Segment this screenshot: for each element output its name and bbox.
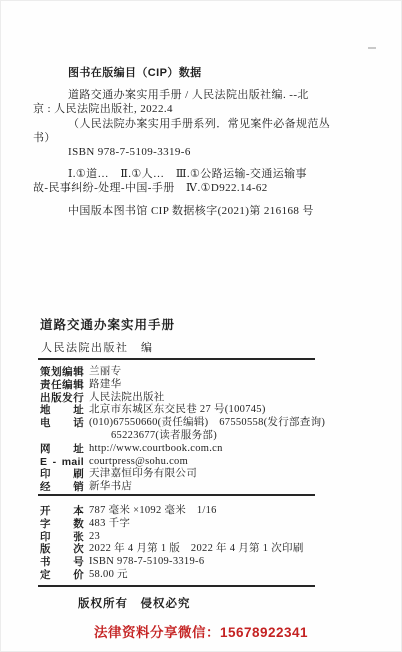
pub-row-printer: 印刷 天津嘉恒印务有限公司 bbox=[40, 468, 325, 481]
print-label: 版次 bbox=[40, 543, 84, 556]
cip-classification-line: Ⅰ.①道… Ⅱ.①人… Ⅲ.①公路运输-交通运输事 bbox=[33, 167, 363, 181]
pub-row-responsible-editor: 责任编辑 路建华 bbox=[40, 379, 325, 392]
cip-isbn-line: ISBN 978-7-5109-3319-6 bbox=[33, 145, 363, 159]
pub-label: 网址 bbox=[40, 443, 84, 456]
print-value: 483 千字 bbox=[89, 518, 130, 531]
print-label: 定价 bbox=[40, 569, 84, 582]
pub-label: 经销 bbox=[40, 481, 84, 494]
pub-row-phone: 电话 (010)67550660(责任编辑) 67550558(发行部查询) bbox=[40, 417, 325, 430]
pub-value: 新华书店 bbox=[89, 481, 132, 494]
pub-value: 兰丽专 bbox=[89, 366, 121, 379]
print-row-sheets: 印张 23 bbox=[40, 531, 304, 544]
scan-artifact bbox=[368, 47, 376, 49]
pub-label: 策划编辑 bbox=[40, 366, 84, 379]
cip-registry-line: 中国版本图书馆 CIP 数据核字(2021)第 216168 号 bbox=[33, 204, 363, 218]
pub-value: 北京市东城区东交民巷 27 号(100745) bbox=[89, 404, 266, 417]
divider-rule bbox=[38, 585, 315, 587]
pub-value: (010)67550660(责任编辑) 67550558(发行部查询) bbox=[89, 417, 325, 430]
pub-value: courtpress@sohu.com bbox=[89, 456, 188, 469]
pub-row-distributor: 经销 新华书店 bbox=[40, 481, 325, 494]
pub-label: 印刷 bbox=[40, 468, 84, 481]
copyright-page: 图书在版编目（CIP）数据 道路交通办案实用手册 / 人民法院出版社编. --北… bbox=[0, 0, 402, 652]
copyright-notice: 版权所有 侵权必究 bbox=[78, 595, 191, 611]
cip-line: （人民法院办案实用手册系列．常见案件必备规范丛 bbox=[33, 117, 363, 131]
print-row-word-count: 字数 483 千字 bbox=[40, 518, 304, 531]
publisher-info: 策划编辑 兰丽专 责任编辑 路建华 出版发行 人民法院出版社 地址 北京市东城区… bbox=[40, 366, 325, 494]
print-info: 开本 787 毫米 ×1092 毫米 1/16 字数 483 千字 印张 23 … bbox=[40, 505, 304, 582]
cip-line: 书） bbox=[33, 131, 363, 145]
pub-row-website: 网址 http://www.courtbook.com.cn bbox=[40, 443, 325, 456]
pub-label: 出版发行 bbox=[40, 392, 84, 405]
cip-line: 京 : 人民法院出版社, 2022.4 bbox=[33, 102, 363, 116]
pub-row-planning-editor: 策划编辑 兰丽专 bbox=[40, 366, 325, 379]
print-row-isbn: 书号 ISBN 978-7-5109-3319-6 bbox=[40, 556, 304, 569]
cip-classification-line: 故-民事纠纷-处理-中国-手册 Ⅳ.①D922.14-62 bbox=[33, 181, 363, 195]
print-label: 印张 bbox=[40, 531, 84, 544]
pub-value: 路建华 bbox=[89, 379, 121, 392]
print-label: 字数 bbox=[40, 518, 84, 531]
pub-value: 人民法院出版社 bbox=[89, 392, 165, 405]
pub-value: 天津嘉恒印务有限公司 bbox=[89, 468, 197, 481]
print-label: 书号 bbox=[40, 556, 84, 569]
print-value: 23 bbox=[89, 531, 100, 544]
divider-rule bbox=[38, 358, 315, 360]
wechat-watermark: 法律资料分享微信：15678922341 bbox=[0, 621, 402, 641]
pub-label: 责任编辑 bbox=[40, 379, 84, 392]
pub-value: http://www.courtbook.com.cn bbox=[89, 443, 223, 456]
pub-row-email: E - mail courtpress@sohu.com bbox=[40, 456, 325, 469]
book-title: 道路交通办案实用手册 bbox=[40, 315, 175, 333]
print-value: 787 毫米 ×1092 毫米 1/16 bbox=[89, 505, 217, 518]
pub-label: 地址 bbox=[40, 404, 84, 417]
cip-section: 图书在版编目（CIP）数据 道路交通办案实用手册 / 人民法院出版社编. --北… bbox=[33, 66, 363, 218]
print-value: 58.00 元 bbox=[89, 569, 128, 582]
pub-label: 电话 bbox=[40, 417, 84, 430]
print-value: ISBN 978-7-5109-3319-6 bbox=[89, 556, 204, 569]
pub-label: E - mail bbox=[40, 456, 84, 469]
book-author: 人民法院出版社 编 bbox=[41, 339, 154, 355]
cip-line: 道路交通办案实用手册 / 人民法院出版社编. --北 bbox=[33, 88, 363, 102]
print-label: 开本 bbox=[40, 505, 84, 518]
divider-rule bbox=[38, 494, 315, 496]
print-row-format: 开本 787 毫米 ×1092 毫米 1/16 bbox=[40, 505, 304, 518]
print-row-price: 定价 58.00 元 bbox=[40, 569, 304, 582]
pub-row-address: 地址 北京市东城区东交民巷 27 号(100745) bbox=[40, 404, 325, 417]
print-row-edition: 版次 2022 年 4 月第 1 版 2022 年 4 月第 1 次印刷 bbox=[40, 543, 304, 556]
print-value: 2022 年 4 月第 1 版 2022 年 4 月第 1 次印刷 bbox=[89, 543, 304, 556]
pub-row-publisher: 出版发行 人民法院出版社 bbox=[40, 392, 325, 405]
pub-phone-extra: 65223677(读者服务部) bbox=[40, 430, 325, 443]
cip-header: 图书在版编目（CIP）数据 bbox=[33, 66, 363, 80]
